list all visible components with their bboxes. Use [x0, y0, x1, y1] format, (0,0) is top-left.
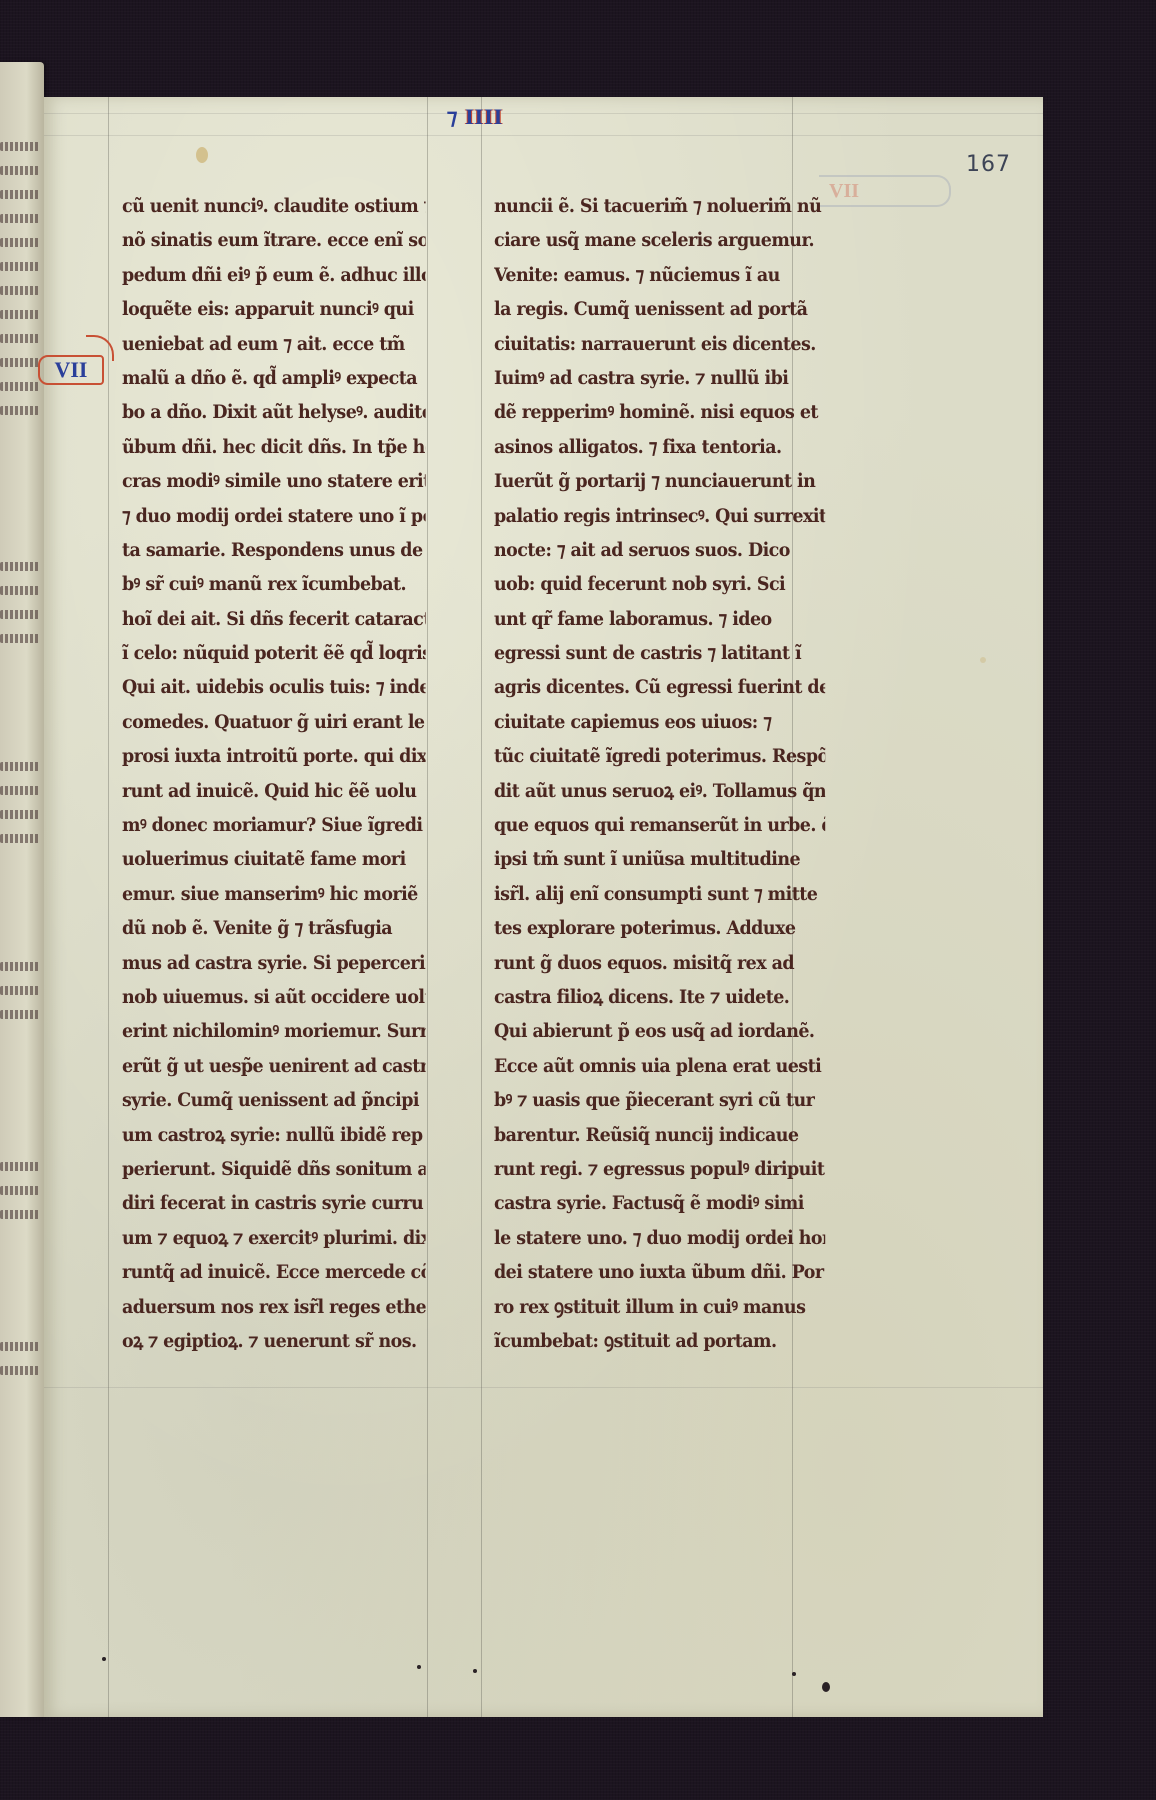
- text-line: um ⁊ equoꝝ ⁊ exercitꝰ plurimi. dixe: [122, 1221, 426, 1255]
- text-line: que equos qui remanserũt in urbe. q̃: [494, 808, 825, 842]
- text-line: ciuitatis: narrauerunt eis dicentes.: [494, 327, 825, 361]
- adjacent-text-line: [0, 166, 40, 175]
- text-line: perierunt. Siquidẽ dñs sonitum au: [122, 1152, 426, 1186]
- text-line: castra syrie. Factusq̃ ẽ modiꝰ simi: [494, 1186, 825, 1220]
- ink-blot: [822, 1682, 830, 1692]
- adjacent-page-edge: [0, 62, 44, 1717]
- text-line: runt g̃ duos equos. misitq̃ rex ad: [494, 946, 825, 980]
- text-line: egressi sunt de castris ⁊ latitant ĩ: [494, 636, 825, 670]
- text-line: dẽ repperimꝰ hominẽ. nisi equos et: [494, 395, 825, 429]
- text-line: diri fecerat in castris syrie curru: [122, 1186, 426, 1220]
- adjacent-text-line: [0, 562, 40, 571]
- text-line: asinos alligatos. ⁊ fixa tentoria.: [494, 430, 825, 464]
- text-line: Qui abierunt p̃ eos usq̃ ad iordanẽ.: [494, 1014, 825, 1048]
- pricking-mark: [102, 1657, 106, 1661]
- text-line: aduersum nos rex isr̃l reges ethe: [122, 1290, 426, 1324]
- adjacent-text-line: [0, 406, 40, 415]
- text-line: ciare usq̃ mane sceleris arguemur.: [494, 223, 825, 257]
- text-line: erũt g̃ ut uesp̃e uenirent ad castra: [122, 1049, 426, 1083]
- text-line: la regis. Cumq̃ uenissent ad portã: [494, 292, 825, 326]
- parchment-stain: [196, 147, 208, 163]
- text-line: Qui ait. uidebis oculis tuis: ⁊ inde nõ: [122, 670, 426, 704]
- adjacent-text-line: [0, 142, 40, 151]
- adjacent-text-line: [0, 1366, 40, 1375]
- text-line: erint nichilominꝰ moriemur. Surrex: [122, 1014, 426, 1048]
- pricking-mark: [792, 1672, 796, 1676]
- text-line: loquẽte eis: apparuit nunciꝰ qui: [122, 292, 426, 326]
- text-line: unt qr̃ fame laboramus. ⁊ ideo: [494, 602, 825, 636]
- adjacent-text-line: [0, 286, 40, 295]
- text-line: prosi iuxta introitũ porte. qui dixe: [122, 739, 426, 773]
- adjacent-text-line: [0, 986, 40, 995]
- adjacent-text-line: [0, 810, 40, 819]
- adjacent-text-line: [0, 586, 40, 595]
- text-line: nocte: ⁊ ait ad seruos suos. Dico: [494, 533, 825, 567]
- text-line: runt regi. ⁊ egressus populꝰ diripuit: [494, 1152, 825, 1186]
- text-line: Iuerũt g̃ portarij ⁊ nunciauerunt in: [494, 464, 825, 498]
- text-line: bꝰ ⁊ uasis que p̃iecerant syri cũ tur: [494, 1083, 825, 1117]
- running-header: ⁊ IIII: [430, 105, 520, 129]
- text-line: oꝝ ⁊ egiptioꝝ. ⁊ uenerunt sr̃ nos.: [122, 1324, 426, 1358]
- folio-number: 167: [966, 152, 1026, 182]
- text-line: nõ sinatis eum ĩtrare. ecce enĩ sonꝰ: [122, 223, 426, 257]
- text-line: castra filioꝝ dicens. Ite ⁊ uidete.: [494, 980, 825, 1014]
- text-line: malũ a dño ẽ. qd̃ ampliꝰ expecta: [122, 361, 426, 395]
- text-line: Venite: eamus. ⁊ nũciemus ĩ au: [494, 258, 825, 292]
- text-line: uoluerimus ciuitatẽ fame mori: [122, 842, 426, 876]
- running-header-book-numeral: IIII: [465, 104, 503, 129]
- text-line: cras modiꝰ simile uno statere erit.: [122, 464, 426, 498]
- adjacent-text-line: [0, 762, 40, 771]
- adjacent-text-line: [0, 310, 40, 319]
- adjacent-text-line: [0, 1162, 40, 1171]
- ruling-line-horizontal: [44, 113, 1043, 114]
- pricking-mark: [473, 1669, 477, 1673]
- text-line: ueniebat ad eum ⁊ ait. ecce tm̃: [122, 327, 426, 361]
- parchment-stain: [980, 657, 986, 663]
- text-line: ũbum dñi. hec dicit dñs. In tp̃e hoc: [122, 430, 426, 464]
- text-line: runt ad inuicẽ. Quid hic ẽẽ uolu: [122, 774, 426, 808]
- ruling-line-horizontal: [44, 1387, 1043, 1388]
- adjacent-text-line: [0, 1342, 40, 1351]
- text-line: agris dicentes. Cũ egressi fuerint de: [494, 670, 825, 704]
- adjacent-text-line: [0, 1186, 40, 1195]
- adjacent-text-line: [0, 962, 40, 971]
- text-line: barentur. Reũsiq̃ nuncij indicaue: [494, 1118, 825, 1152]
- text-line: ciuitate capiemus eos uiuos: ⁊: [494, 705, 825, 739]
- adjacent-text-line: [0, 358, 40, 367]
- text-line: emur. siue manserimꝰ hic moriẽ: [122, 877, 426, 911]
- adjacent-text-line: [0, 610, 40, 619]
- adjacent-text-line: [0, 334, 40, 343]
- chapter-rubric: VII: [38, 355, 104, 385]
- text-line: runtq̃ ad inuicẽ. Ecce mercede cõduxit: [122, 1255, 426, 1289]
- adjacent-text-line: [0, 238, 40, 247]
- ruling-line-vertical: [481, 97, 482, 1717]
- text-line: ⁊ duo modij ordei statere uno ĩ por: [122, 499, 426, 533]
- adjacent-text-line: [0, 634, 40, 643]
- text-line: ro rex ꝯstituit illum in cuiꝰ manus: [494, 1290, 825, 1324]
- running-header-paraph: ⁊: [447, 104, 459, 129]
- adjacent-text-line: [0, 190, 40, 199]
- text-line: cũ uenit nunciꝰ. claudite ostium ⁊: [122, 189, 426, 223]
- adjacent-text-line: [0, 1010, 40, 1019]
- adjacent-text-line: [0, 214, 40, 223]
- text-column-right: nuncii ẽ. Si tacuerim̃ ⁊ noluerim̃ nũ ci…: [494, 189, 854, 1358]
- text-line: comedes. Quatuor g̃ uiri erant le: [122, 705, 426, 739]
- text-line: dei statere uno iuxta ũbum dñi. Por: [494, 1255, 825, 1289]
- pricking-mark: [417, 1665, 421, 1669]
- text-line: bo a dño. Dixit aũt helyseꝰ. audite: [122, 395, 426, 429]
- text-line: dũ nob ẽ. Venite g̃ ⁊ trãsfugia: [122, 911, 426, 945]
- text-line: mꝰ donec moriamur? Siue ĩgredi: [122, 808, 426, 842]
- text-line: dit aũt unus seruoꝝ eiꝰ. Tollamus q̃n: [494, 774, 825, 808]
- text-line: ĩ celo: nũquid poterit ẽẽ qd̃ loqris.: [122, 636, 426, 670]
- text-line: palatio regis intrinsecꝰ. Qui surrexit: [494, 499, 825, 533]
- text-line: tũc ciuitatẽ ĩgredi poterimus. Respõ: [494, 739, 825, 773]
- text-line: hoĩ dei ait. Si dñs fecerit cataractas: [122, 602, 426, 636]
- text-line: ipsi tm̃ sunt ĩ uniũsa multitudine: [494, 842, 825, 876]
- adjacent-text-line: [0, 382, 40, 391]
- adjacent-text-line: [0, 1210, 40, 1219]
- text-line: ĩcumbebat: ꝯstituit ad portam.: [494, 1324, 825, 1358]
- text-line: nuncii ẽ. Si tacuerim̃ ⁊ noluerim̃ nũ: [494, 189, 825, 223]
- text-line: ta samarie. Respondens unus de duci: [122, 533, 426, 567]
- text-line: le statere uno. ⁊ duo modij ordei hor: [494, 1221, 825, 1255]
- adjacent-text-line: [0, 786, 40, 795]
- text-line: tes explorare poterimus. Adduxe: [494, 911, 825, 945]
- text-line: Iuimꝰ ad castra syrie. ⁊ nullũ ibi: [494, 361, 825, 395]
- ruling-line-horizontal: [44, 135, 1043, 136]
- text-line: pedum dñi eiꝰ p̃ eum ẽ. adhuc illo: [122, 258, 426, 292]
- text-line: nob uiuemus. si aũt occidere uolu: [122, 980, 426, 1014]
- text-line: isr̃l. alij enĩ consumpti sunt ⁊ mitte: [494, 877, 825, 911]
- text-line: syrie. Cumq̃ uenissent ad p̃ncipi: [122, 1083, 426, 1117]
- adjacent-text-line: [0, 262, 40, 271]
- text-line: uob: quid fecerunt nob syri. Sci: [494, 567, 825, 601]
- manuscript-folio: ⁊ IIII VII 167 VII cũ uenit nunciꝰ. clau…: [44, 97, 1043, 1717]
- text-line: Ecce aũt omnis uia plena erat uesti: [494, 1049, 825, 1083]
- text-column-left: cũ uenit nunciꝰ. claudite ostium ⁊ nõ si…: [122, 189, 452, 1358]
- adjacent-text-line: [0, 834, 40, 843]
- text-line: mus ad castra syrie. Si pepercerint: [122, 946, 426, 980]
- text-line: bꝰ sr̃ cuiꝰ manũ rex ĩcumbebat.: [122, 567, 426, 601]
- text-line: um castroꝝ syrie: nullũ ibidẽ rep: [122, 1118, 426, 1152]
